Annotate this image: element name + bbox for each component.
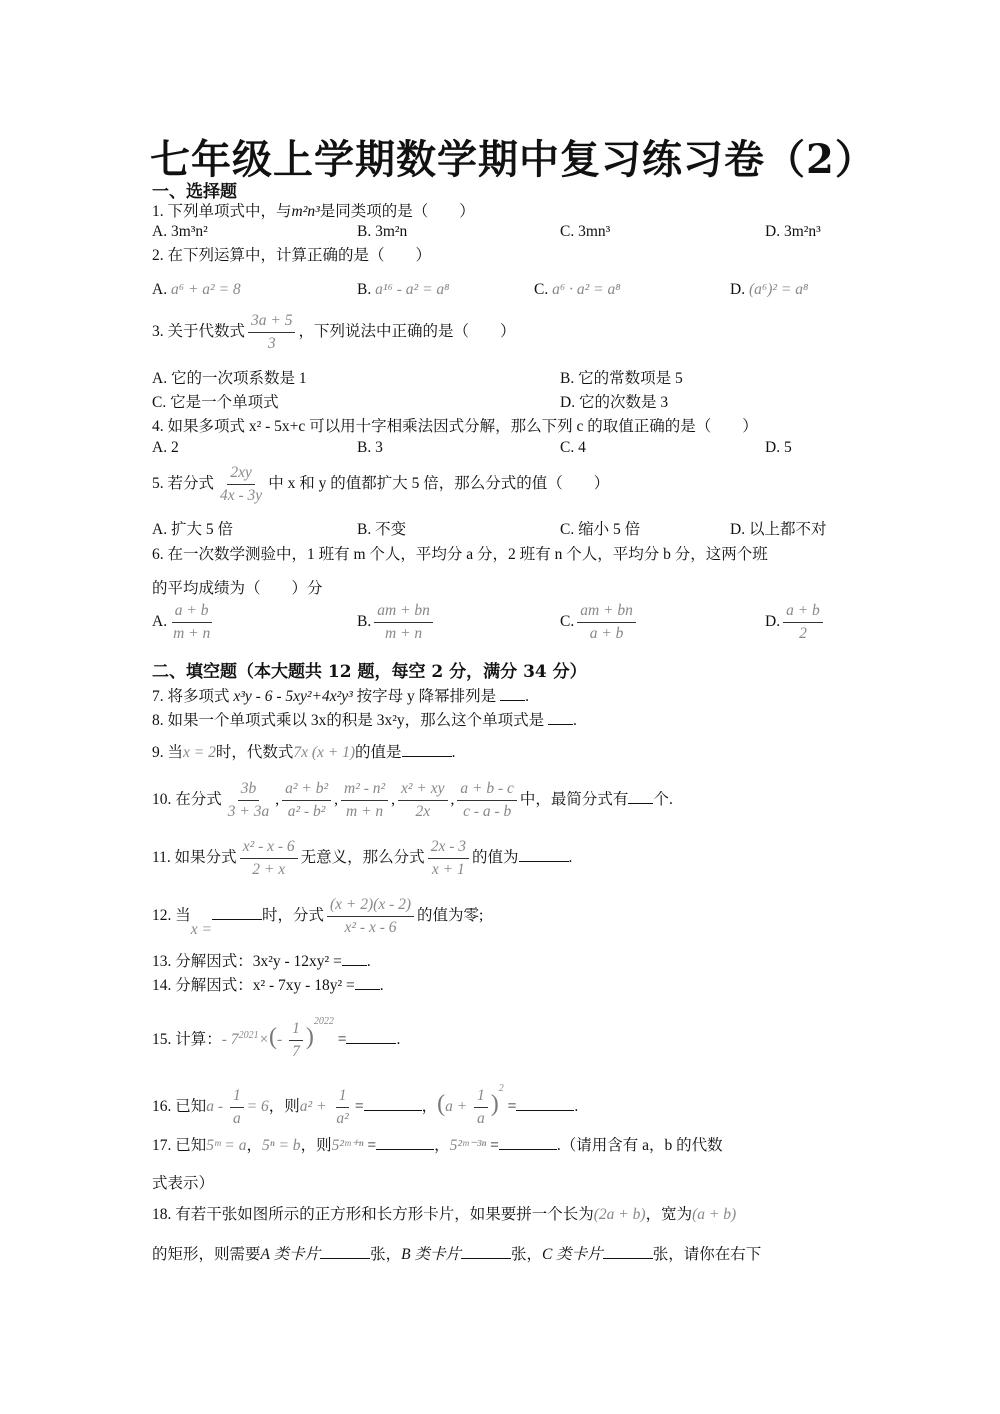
q5-option-c: C. 缩小 5 倍 — [560, 520, 640, 540]
q5-option-a: A. 扩大 5 倍 — [152, 520, 233, 540]
q13-answer-blank[interactable] — [342, 951, 367, 966]
q1-stem-pre: 1. 下列单项式中，与 — [152, 203, 292, 220]
q1-stem-post: 是同类项的是（ ） — [320, 203, 475, 220]
q16-answer-blank-2[interactable] — [516, 1096, 574, 1111]
q1-expr: m²n³ — [292, 203, 320, 220]
q12-answer-blank[interactable] — [212, 905, 262, 920]
question-15: 15. 计算：- 72021×(- 17)2022 =. — [152, 1018, 400, 1063]
q3-option-d: D. 它的次数是 3 — [560, 393, 668, 413]
q11-answer-blank[interactable] — [519, 847, 569, 862]
question-7: 7. 将多项式 x³y - 6 - 5xy²+4x²y³ 按字母 y 降幂排列是… — [152, 686, 529, 707]
question-13: 13. 分解因式：3x²y - 12xy² =. — [152, 951, 371, 972]
q18-answer-blank-c[interactable] — [603, 1244, 653, 1259]
q18-answer-blank-a[interactable] — [320, 1244, 370, 1259]
q3-option-a: A. 它的一次项系数是 1 — [152, 369, 307, 389]
question-3: 3. 关于代数式3a + 53，下列说法中正确的是（ ） — [152, 310, 516, 355]
q5-option-d: D. 以上都不对 — [730, 520, 826, 540]
q8-answer-blank[interactable] — [548, 710, 573, 725]
q14-answer-blank[interactable] — [355, 975, 380, 990]
q2-option-b: B. a¹⁶ - a² = a⁸ — [357, 280, 450, 300]
question-12: 12. 当x =时，分式(x + 2)(x - 2)x² - x - 6的值为零… — [152, 894, 483, 939]
question-14: 14. 分解因式：x² - 7xy - 18y² =. — [152, 975, 384, 996]
question-16: 16. 已知a - 1a= 6，则a² + 1a²=，(a + 1a)2 =. — [152, 1085, 578, 1130]
q4-option-a: A. 2 — [152, 438, 179, 458]
q3-option-c: C. 它是一个单项式 — [152, 393, 279, 413]
q5-option-b: B. 不变 — [357, 520, 406, 540]
q5-fraction: 2xy4x - 3y — [217, 462, 265, 507]
exam-title: 七年级上学期数学期中复习练习卷（2） — [150, 128, 876, 185]
q18-answer-blank-b[interactable] — [461, 1244, 511, 1259]
q3-fraction: 3a + 53 — [248, 310, 295, 355]
q2-option-a: A. a⁶ + a² = 8 — [152, 280, 241, 300]
question-1: 1. 下列单项式中，与m²n³是同类项的是（ ） — [152, 202, 475, 222]
question-18-line1: 18. 有若干张如图所示的正方形和长方形卡片，如果要拼一个长为(2a + b)，… — [152, 1205, 736, 1225]
q2-option-d: D. (a⁶)² = a⁸ — [730, 280, 808, 300]
question-11: 11. 如果分式x² - x - 62 + x无意义，那么分式2x - 3x +… — [152, 836, 572, 881]
question-4: 4. 如果多项式 x² - 5x+c 可以用十字相乘法因式分解，那么下列 c 的… — [152, 417, 758, 437]
question-2: 2. 在下列运算中，计算正确的是（ ） — [152, 246, 431, 266]
q6-option-d: D.a + b2 — [765, 600, 826, 645]
q4-option-c: C. 4 — [560, 438, 586, 458]
q10-answer-blank[interactable] — [628, 789, 653, 804]
q15-answer-blank[interactable] — [346, 1029, 396, 1044]
q17-answer-blank-1[interactable] — [376, 1135, 434, 1150]
question-6-line2: 的平均成绩为（ ）分 — [152, 579, 323, 599]
section-heading-fill-blank: 二、填空题（本大题共 12 题，每空 2 分，满分 34 分） — [152, 657, 587, 682]
q9-answer-blank[interactable] — [402, 742, 452, 757]
q7-answer-blank[interactable] — [500, 686, 525, 701]
question-6-line1: 6. 在一次数学测验中，1 班有 m 个人，平均分 a 分，2 班有 n 个人，… — [152, 545, 768, 565]
q6-option-b: B.am + bnm + n — [357, 600, 436, 645]
question-9: 9. 当x = 2时，代数式7x (x + 1)的值是. — [152, 742, 455, 763]
question-5: 5. 若分式2xy4x - 3y中 x 和 y 的值都扩大 5 倍，那么分式的值… — [152, 462, 609, 507]
q17-answer-blank-2[interactable] — [499, 1135, 557, 1150]
q1-option-a: A. 3m³n² — [152, 222, 208, 242]
section-heading-choice: 一、选择题 — [152, 177, 237, 202]
question-10: 10. 在分式3b3 + 3a,a² + b²a² - b²,m² - n²m … — [152, 778, 673, 823]
q4-option-b: B. 3 — [357, 438, 383, 458]
question-8: 8. 如果一个单项式乘以 3x的积是 3x²y，那么这个单项式是 . — [152, 710, 577, 731]
q6-option-a: A.a + bm + n — [152, 600, 216, 645]
q3-option-b: B. 它的常数项是 5 — [560, 369, 683, 389]
q2-option-c: C. a⁶ · a² = a⁸ — [534, 280, 621, 300]
question-17-line2: 式表示） — [152, 1174, 214, 1194]
question-17-line1: 17. 已知5ᵐ = a，5ⁿ = b，则5²ᵐ⁺ⁿ =，5²ᵐ⁻³ⁿ =.（请… — [152, 1135, 723, 1156]
q6-option-c: C.am + bna + b — [560, 600, 639, 645]
q1-option-b: B. 3m²n — [357, 222, 407, 242]
q1-option-d: D. 3m²n³ — [765, 222, 821, 242]
q16-answer-blank-1[interactable] — [364, 1096, 422, 1111]
q4-option-d: D. 5 — [765, 438, 792, 458]
question-18-line2: 的矩形，则需要A 类卡片张，B 类卡片张，C 类卡片张，请你在右下 — [152, 1244, 761, 1265]
q1-option-c: C. 3mn³ — [560, 222, 610, 242]
